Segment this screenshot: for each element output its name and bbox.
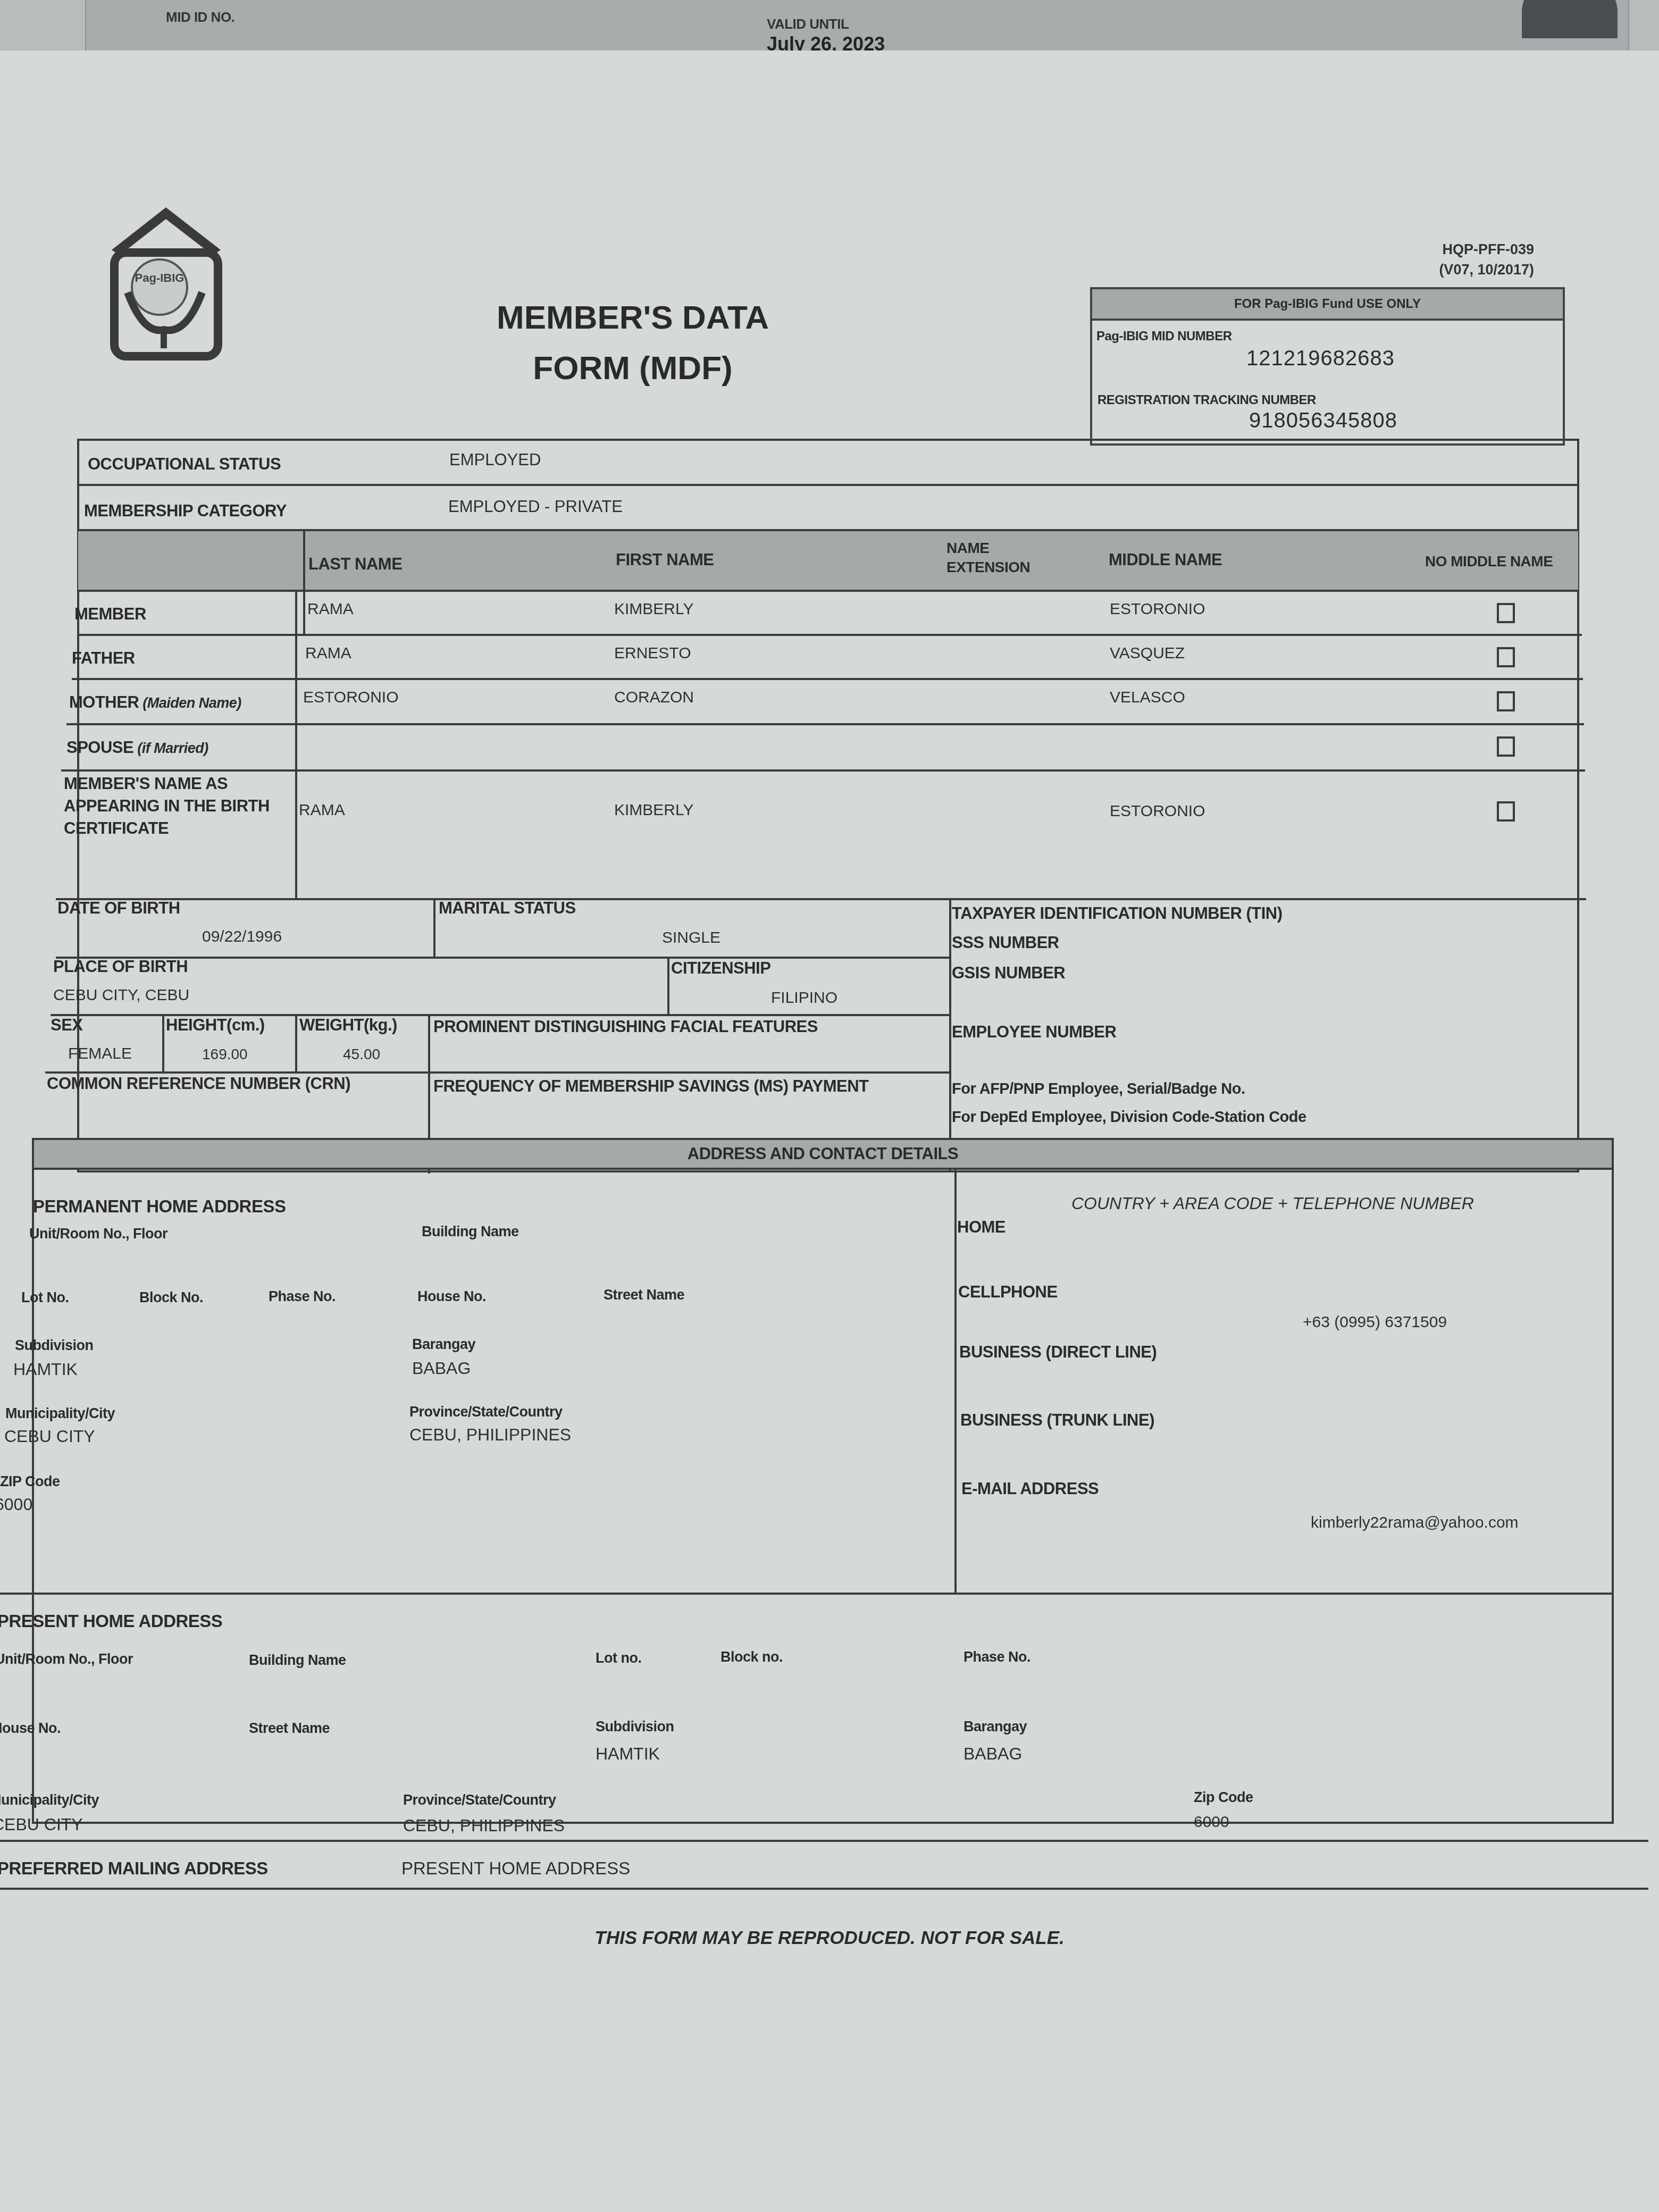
col-no-middle-name: NO MIDDLE NAME [1425,553,1553,570]
perm-city-value: CEBU CITY [4,1427,95,1446]
pres-city-label: Municipality/City [0,1792,99,1808]
phone-format-heading: COUNTRY + AREA CODE + TELEPHONE NUMBER [1071,1194,1474,1213]
pres-building-label: Building Name [249,1652,346,1669]
name-row-label: MOTHER (Maiden Name) [69,693,241,712]
no-middle-name-checkbox[interactable] [1497,736,1515,757]
facial-features-label: PROMINENT DISTINGUISHING FACIAL FEATURES [433,1017,818,1036]
no-middle-name-checkbox[interactable] [1497,647,1515,667]
no-middle-name-checkbox[interactable] [1497,603,1515,623]
perm-unit-label: Unit/Room No., Floor [29,1226,167,1242]
perm-province-label: Province/State/Country [409,1404,563,1420]
pres-phase-label: Phase No. [963,1649,1030,1665]
last-name-value: ESTORONIO [303,689,398,707]
perm-zip-label: ZIP Code [0,1473,60,1490]
occupational-status-value: EMPLOYED [449,450,541,470]
first-name-value: KIMBERLY [614,801,694,819]
business-trunk-label: BUSINESS (TRUNK LINE) [960,1411,1154,1430]
weight-value: 45.00 [343,1046,380,1063]
title-line-2: FORM (MDF) [457,343,808,393]
ms-frequency-label: FREQUENCY OF MEMBERSHIP SAVINGS (MS) PAY… [433,1077,869,1096]
pres-province-label: Province/State/Country [403,1792,556,1808]
sss-label: SSS NUMBER [952,933,1059,952]
name-row-label: MEMBER [74,605,146,624]
mid-number-value: 121219682683 [1246,347,1395,371]
perm-province-value: CEBU, PHILIPPINES [409,1425,571,1445]
afp-pnp-label: For AFP/PNP Employee, Serial/Badge No. [952,1080,1245,1098]
membership-category-label: MEMBERSHIP CATEGORY [84,501,287,521]
pres-subdivision-value: HAMTIK [596,1744,660,1764]
gsis-label: GSIS NUMBER [952,963,1065,983]
pres-province-value: CEBU, PHILIPPINES [403,1816,565,1836]
citizenship-value: FILIPINO [771,989,837,1007]
pres-block-label: Block no. [720,1649,783,1665]
valid-until-label: VALID UNTIL [767,16,849,32]
pres-barangay-label: Barangay [963,1719,1027,1735]
membership-category-value: EMPLOYED - PRIVATE [448,497,623,516]
sex-label: SEX [51,1016,83,1035]
pob-value: CEBU CITY, CEBU [53,986,189,1004]
perm-phase-label: Phase No. [269,1288,336,1305]
perm-lot-label: Lot No. [21,1289,69,1306]
last-name-value: RAMA [307,600,354,618]
pres-lot-label: Lot no. [596,1650,641,1666]
business-direct-label: BUSINESS (DIRECT LINE) [959,1343,1157,1362]
pres-unit-label: Unit/Room No., Floor [0,1651,133,1668]
pob-label: PLACE OF BIRTH [53,957,188,976]
footer-note: THIS FORM MAY BE REPRODUCED. NOT FOR SAL… [0,1928,1659,1949]
fund-use-heading: FOR Pag-IBIG Fund USE ONLY [1092,289,1563,321]
dob-value: 09/22/1996 [202,928,282,946]
middle-name-value: ESTORONIO [1110,802,1205,820]
name-row-label: MEMBER'S NAME AS APPEARING IN THE BIRTH … [64,773,287,840]
first-name-value: CORAZON [614,689,694,707]
crn-label: COMMON REFERENCE NUMBER (CRN) [47,1074,350,1093]
mailing-address-value: PRESENT HOME ADDRESS [401,1858,630,1879]
perm-city-label: Municipality/City [5,1405,115,1422]
rtn-value: 918056345808 [1249,409,1397,433]
dob-label: DATE OF BIRTH [57,899,180,918]
citizenship-label: CITIZENSHIP [671,959,770,978]
height-label: HEIGHT(cm.) [166,1016,265,1035]
pres-zip-value: 6000 [1194,1813,1229,1831]
height-value: 169.00 [202,1046,248,1063]
title-line-1: MEMBER'S DATA [457,292,808,343]
home-phone-label: HOME [957,1218,1006,1237]
card-photo [1522,0,1618,38]
perm-barangay-label: Barangay [412,1336,475,1353]
marital-status-value: SINGLE [662,929,720,947]
fund-use-only-box: FOR Pag-IBIG Fund USE ONLY Pag-IBIG MID … [1090,287,1565,446]
deped-label: For DepEd Employee, Division Code-Statio… [952,1109,1306,1126]
pres-subdivision-label: Subdivision [596,1719,674,1735]
email-value: kimberly22rama@yahoo.com [1311,1514,1519,1532]
tin-label: TAXPAYER IDENTIFICATION NUMBER (TIN) [952,904,1283,923]
pag-ibig-logo-icon: Pag-IBIG [106,202,226,362]
col-middle-name: MIDDLE NAME [1109,550,1222,569]
form-version: (V07, 10/2017) [1439,259,1534,280]
perm-house-label: House No. [417,1288,486,1305]
middle-name-value: ESTORONIO [1110,600,1205,618]
pres-barangay-value: BABAG [963,1744,1022,1764]
address-section-heading: ADDRESS AND CONTACT DETAILS [34,1140,1612,1168]
perm-building-label: Building Name [422,1224,519,1240]
present-address-heading: PRESENT HOME ADDRESS [0,1611,222,1631]
pres-street-label: Street Name [249,1720,330,1737]
name-row-label: FATHER [72,649,135,668]
form-code: HQP-PFF-039 (V07, 10/2017) [1439,239,1534,280]
pres-house-label: House No. [0,1720,61,1737]
col-name-extension: NAME EXTENSION [946,539,1058,577]
last-name-value: RAMA [305,644,351,663]
perm-street-label: Street Name [604,1287,684,1303]
permanent-address-heading: PERMANENT HOME ADDRESS [33,1196,286,1217]
col-last-name: LAST NAME [308,555,402,574]
name-row-label: SPOUSE (if Married) [66,738,208,757]
middle-name-value: VELASCO [1110,689,1185,707]
no-middle-name-checkbox[interactable] [1497,691,1515,711]
marital-status-label: MARITAL STATUS [439,899,576,918]
first-name-value: ERNESTO [614,644,691,663]
svg-text:Pag-IBIG: Pag-IBIG [135,271,185,284]
perm-block-label: Block No. [139,1289,203,1306]
col-first-name: FIRST NAME [616,550,714,569]
perm-subdivision-value: HAMTIK [13,1360,78,1379]
perm-barangay-value: BABAG [412,1359,471,1378]
perm-zip-value: 6000 [0,1495,32,1514]
pres-zip-label: Zip Code [1194,1789,1253,1806]
occupational-status-label: OCCUPATIONAL STATUS [88,455,281,474]
sex-value: FEMALE [68,1045,132,1063]
perm-subdivision-label: Subdivision [15,1337,94,1354]
first-name-value: KIMBERLY [614,600,694,618]
email-label: E-MAIL ADDRESS [961,1479,1099,1498]
pres-city-value: CEBU CITY [0,1815,83,1834]
no-middle-name-checkbox[interactable] [1497,801,1515,822]
last-name-value: RAMA [299,801,345,819]
form-code-number: HQP-PFF-039 [1439,239,1534,259]
mid-number-label: Pag-IBIG MID NUMBER [1096,329,1232,344]
middle-name-value: VASQUEZ [1110,644,1185,663]
id-number-label: MID ID NO. [166,9,234,26]
employee-number-label: EMPLOYEE NUMBER [952,1023,1116,1042]
cellphone-label: CELLPHONE [958,1283,1058,1302]
rtn-label: REGISTRATION TRACKING NUMBER [1097,393,1316,408]
mailing-address-label: PREFERRED MAILING ADDRESS [0,1858,268,1879]
member-data-form: Pag-IBIG MEMBER'S DATA FORM (MDF) HQP-PF… [0,51,1659,2212]
page-title: MEMBER'S DATA FORM (MDF) [457,292,808,393]
weight-label: WEIGHT(kg.) [299,1016,397,1035]
cellphone-value: +63 (0995) 6371509 [1303,1313,1447,1331]
